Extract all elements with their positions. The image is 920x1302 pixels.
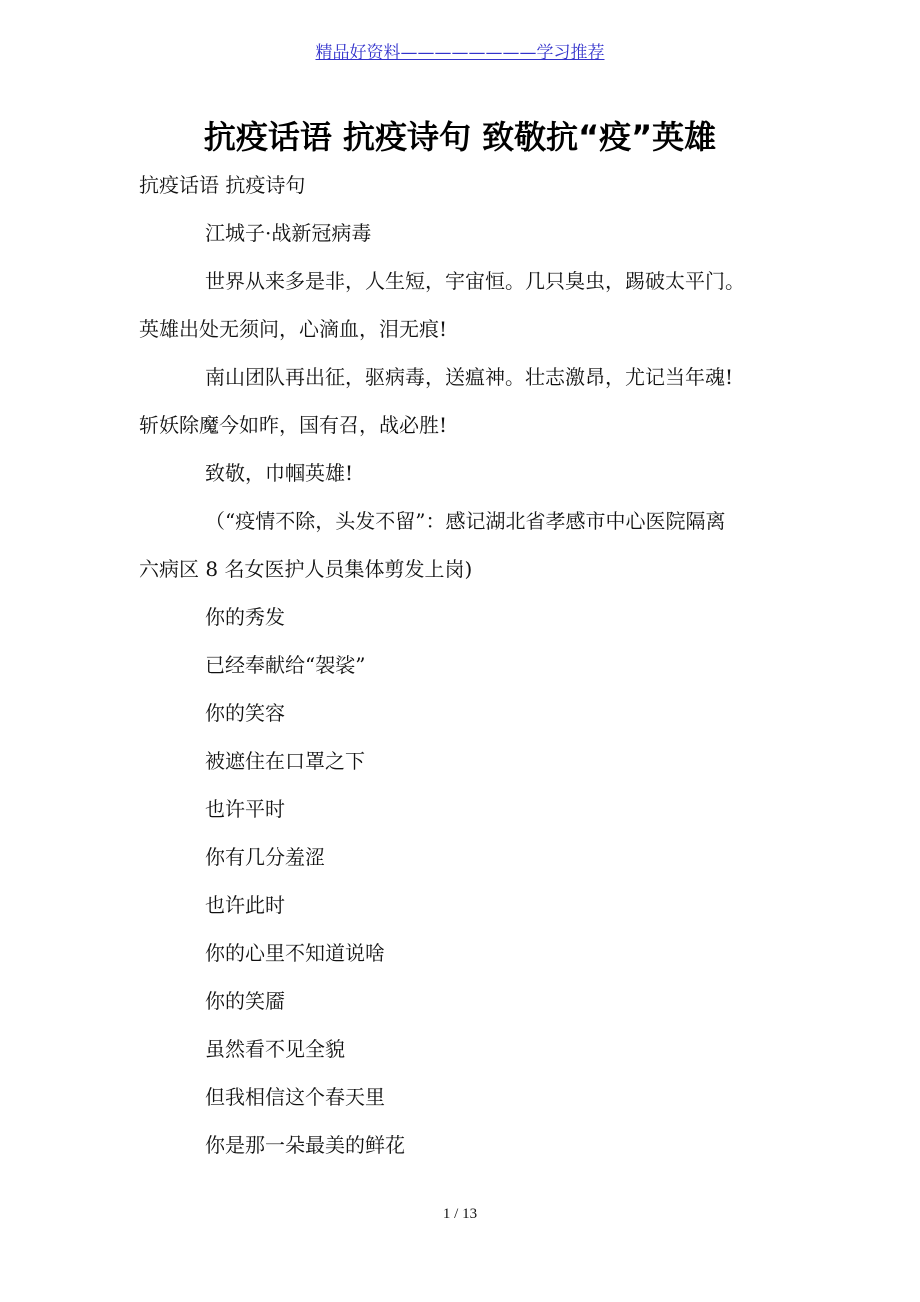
verse-line: 你的笑容 <box>139 698 784 746</box>
subtitle-line: 抗疫话语 抗疫诗句 <box>139 170 784 218</box>
verse-line: 也许此时 <box>139 890 784 938</box>
paragraph-line: 南山团队再出征，驱病毒，送瘟神。壮志激昂，尤记当年魂! <box>139 362 784 410</box>
verse-line: 你的秀发 <box>139 602 784 650</box>
paragraph-line: 六病区 8 名女医护人员集体剪发上岗) <box>139 554 784 602</box>
section-heading-line: 致敬，巾帼英雄! <box>139 458 784 506</box>
verse-line: 你有几分羞涩 <box>139 842 784 890</box>
verse-line: 你是那一朵最美的鲜花 <box>139 1130 784 1178</box>
verse-line: 你的心里不知道说啥 <box>139 938 784 986</box>
verse-line: 也许平时 <box>139 794 784 842</box>
poem-title-line: 江城子·战新冠病毒 <box>139 218 784 266</box>
page-indicator: 1 / 13 <box>0 1206 920 1223</box>
verse-line: 已经奉献给“袈裟” <box>139 650 784 698</box>
verse-line: 但我相信这个春天里 <box>139 1082 784 1130</box>
paragraph-line: 英雄出处无须问，心滴血，泪无痕! <box>139 314 784 362</box>
paragraph-line: 世界从来多是非，人生短，宇宙恒。几只臭虫，踢破太平门。 <box>139 266 784 314</box>
document-body: 抗疫话语 抗疫诗句 江城子·战新冠病毒 世界从来多是非，人生短，宇宙恒。几只臭虫… <box>139 170 784 1178</box>
header-recommend-link[interactable]: 精品好资料————————学习推荐 <box>0 38 920 63</box>
document-title: 抗疫话语 抗疫诗句 致敬抗“疫”英雄 <box>0 112 920 158</box>
verse-line: 你的笑靥 <box>139 986 784 1034</box>
verse-line: 被遮住在口罩之下 <box>139 746 784 794</box>
paragraph-line: 斩妖除魔今如昨，国有召，战必胜! <box>139 410 784 458</box>
paragraph-line: （“疫情不除，头发不留”：感记湖北省孝感市中心医院隔离 <box>139 506 784 554</box>
verse-line: 虽然看不见全貌 <box>139 1034 784 1082</box>
